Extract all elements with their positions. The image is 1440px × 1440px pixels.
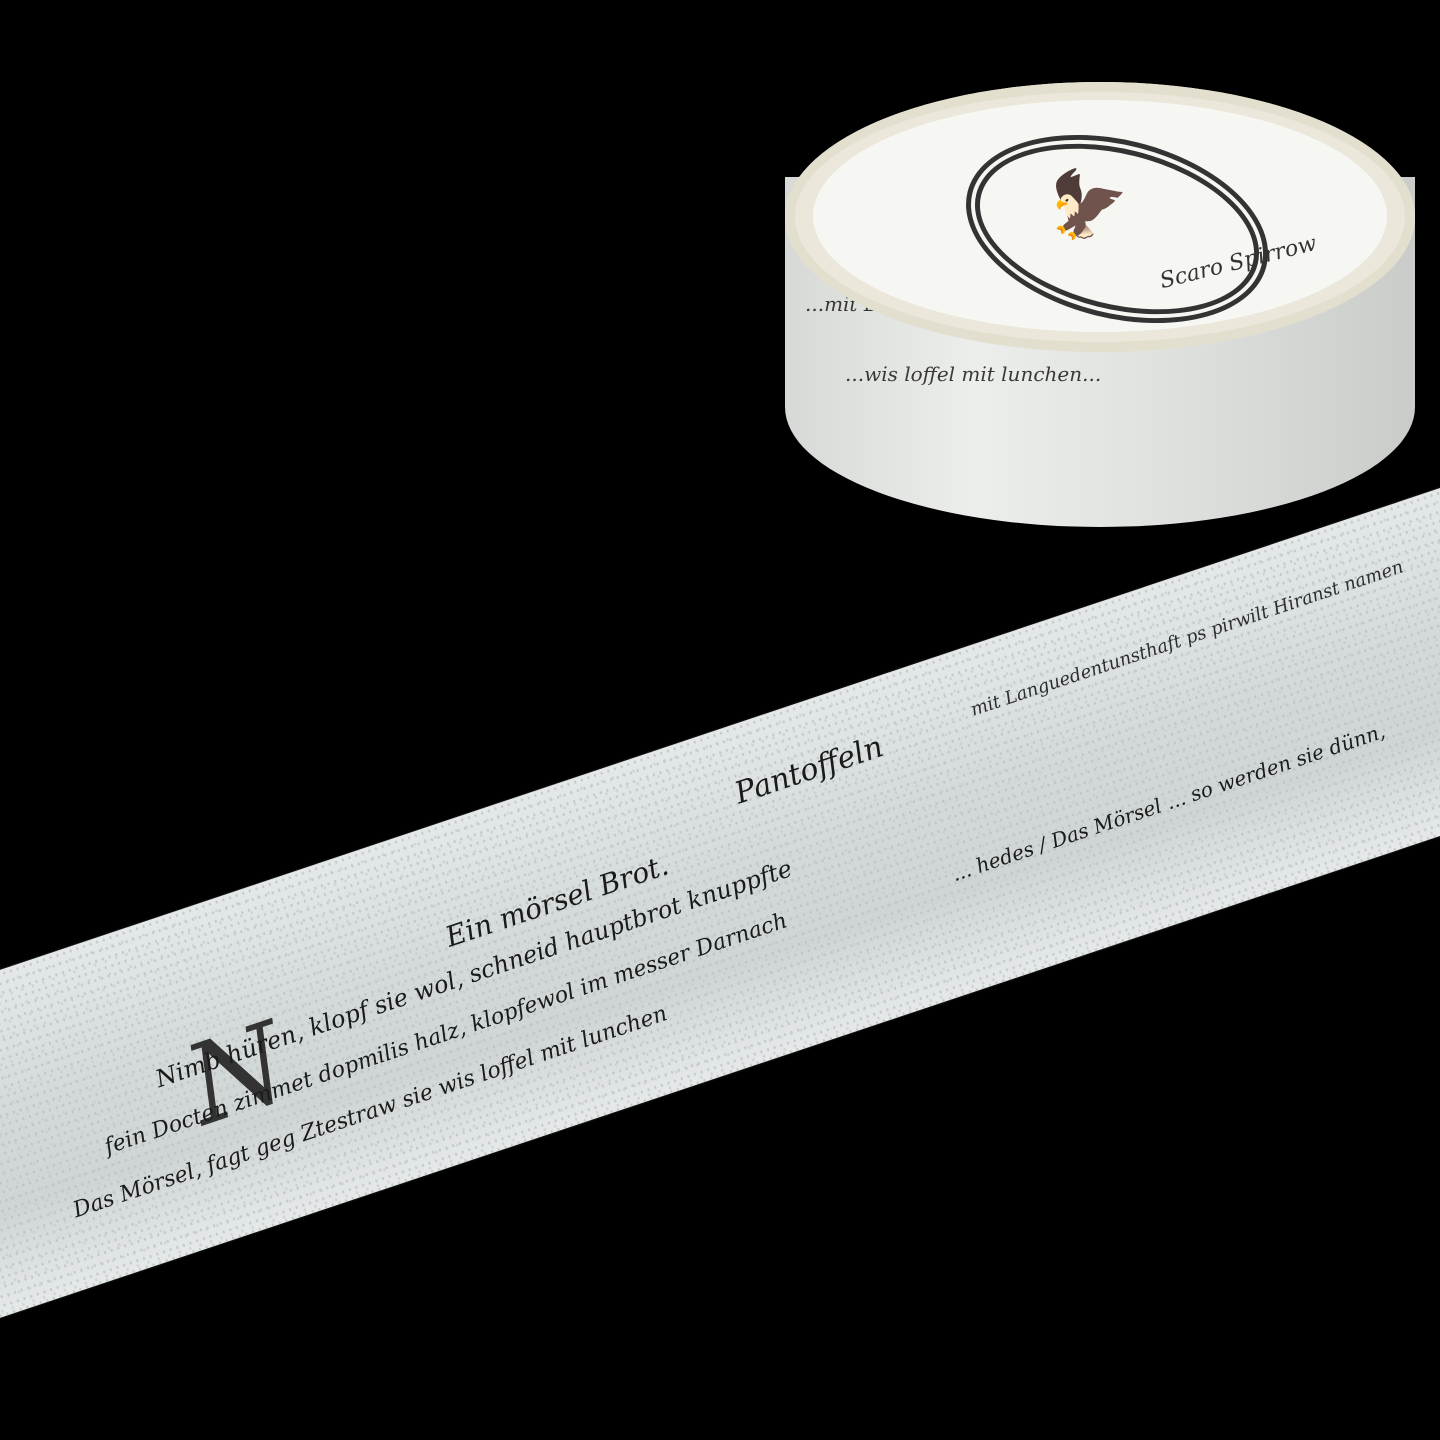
product-photo: Pantoffeln mit Languedentunsthaft ps pir… <box>0 0 1440 1440</box>
roll-top-face: 🦅 Scaro Spirrow <box>785 82 1415 352</box>
roll-line: ...wis loffel mit lunchen... <box>845 362 1101 386</box>
tape-strip: Pantoffeln mit Languedentunsthaft ps pir… <box>0 439 1440 1323</box>
tape-roll: ...lehrt die Statt... ...mit Languedentu… <box>785 82 1415 542</box>
roll-label: 🦅 Scaro Spirrow <box>813 100 1387 332</box>
